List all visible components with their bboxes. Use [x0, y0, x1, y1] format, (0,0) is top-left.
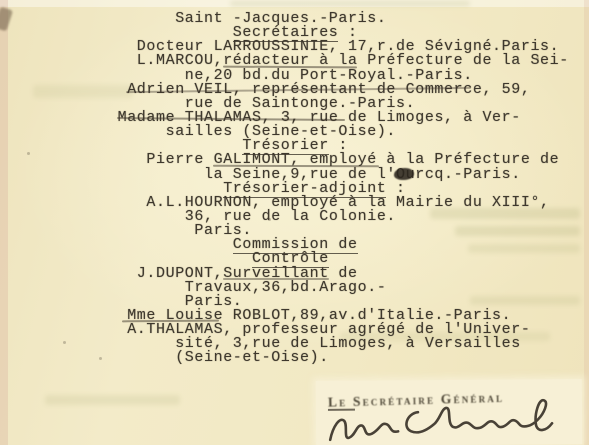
- text-line: Madame THALAMAS, 3, rue de Limoges, à Ve…: [12, 110, 589, 124]
- bleed-through-mark: [230, 1, 470, 6]
- text-line: la Seine,9,rue de l'Ourcq.-Paris.: [12, 167, 589, 181]
- text-line: Contrôle: [12, 251, 589, 265]
- text-line: A.L.HOURNON, employé à la Mairie du XIII…: [12, 195, 589, 209]
- signature-area: Le Secrétaire Général Victor Charbonnel: [316, 379, 582, 445]
- scan-edge-left: [0, 0, 8, 445]
- paper-speck: [268, 218, 271, 221]
- pencil-mark: [223, 278, 329, 280]
- text-line: Travaux,36,bd.Arago.-: [12, 280, 589, 294]
- bleed-through-mark: [45, 395, 180, 405]
- paper-speck: [27, 152, 30, 155]
- paper-speck: [536, 57, 539, 60]
- ink-blot: [394, 168, 414, 180]
- paper-speck: [63, 341, 66, 344]
- text-line: Paris.: [12, 294, 589, 308]
- document-scan: Saint -Jacques.-Paris.Secrétaires :Docte…: [0, 0, 589, 445]
- paper-speck: [99, 357, 102, 360]
- typewritten-body: Saint -Jacques.-Paris.Secrétaires :Docte…: [12, 11, 589, 365]
- text-line: Mme Louise ROBLOT,89,av.d'Italie.-Paris.: [12, 308, 589, 322]
- text-line: 36, rue de la Colonie.: [12, 209, 589, 223]
- text-line: ne,20 bd.du Port-Royal.-Paris.: [12, 68, 589, 82]
- text-line: Trésorier-adjoint :: [12, 181, 589, 195]
- signature: Victor Charbonnel: [322, 398, 572, 445]
- text-line: rue de Saintonge.-Paris.: [12, 96, 589, 110]
